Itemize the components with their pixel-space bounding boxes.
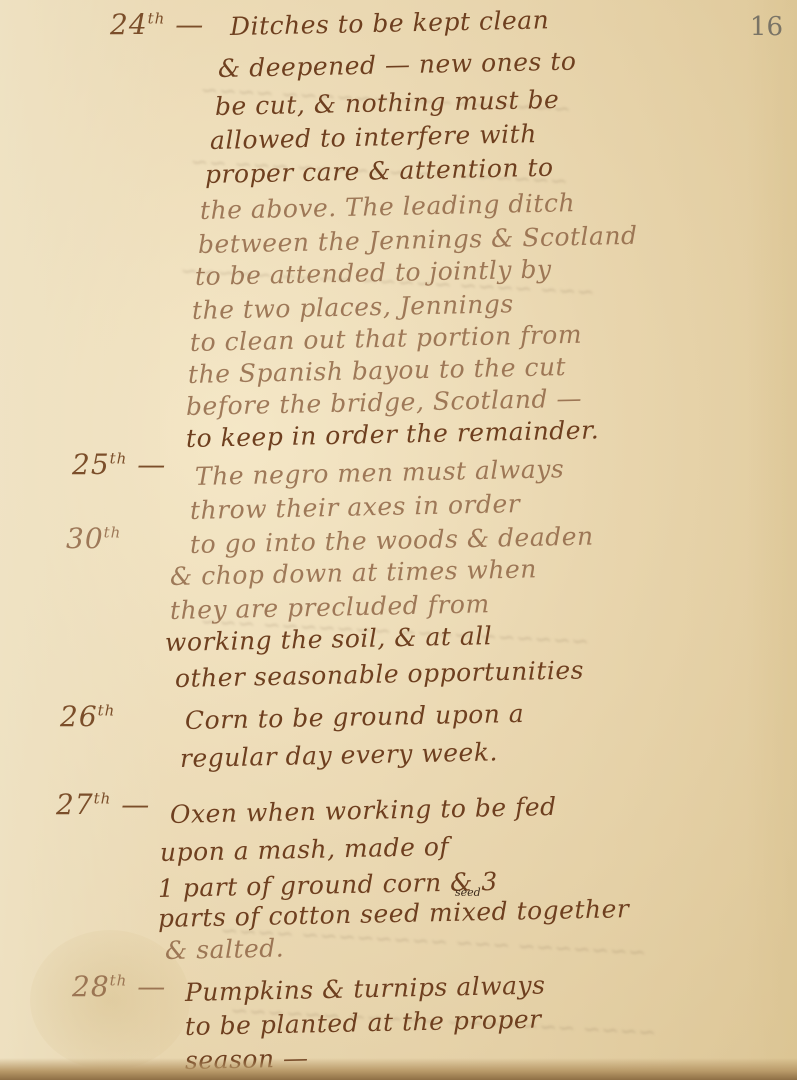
entry-date: 30th bbox=[66, 522, 121, 555]
entry-date: 28th — bbox=[72, 970, 166, 1003]
entry-date: 24th — bbox=[110, 8, 204, 41]
entry-line: other seasonable opportunities bbox=[175, 655, 585, 693]
entry-line: The negro men must always bbox=[195, 454, 565, 491]
entry-line: throw their axes in order bbox=[190, 489, 521, 525]
paper-edge bbox=[747, 0, 797, 1080]
entry-line: & salted. bbox=[165, 934, 285, 965]
entry-line: between the Jennings & Scotland bbox=[198, 221, 638, 259]
entry-line: they are precluded from bbox=[170, 589, 490, 625]
manuscript-page: ~~~~ ~~~~~ ~~~~~~ ~~~~ ~~~~~~ ~~ ~~~~~~ … bbox=[0, 0, 797, 1080]
entry-line: Oxen when working to be fed bbox=[170, 792, 557, 829]
entry-line: before the bridge, Scotland — bbox=[186, 384, 583, 421]
entry-date: 25th — bbox=[72, 448, 166, 481]
page-number: 16 bbox=[750, 12, 783, 42]
entry-line: regular day every week. bbox=[180, 737, 498, 773]
page-bottom-edge bbox=[0, 1058, 797, 1080]
entry-line: the Spanish bayou to the cut bbox=[188, 352, 567, 389]
entry-date: 27th — bbox=[56, 788, 150, 821]
entry-line: & chop down at times when bbox=[170, 554, 537, 591]
entry-line: working the soil, & at all bbox=[165, 621, 493, 657]
entry-line: & deepened — new ones to bbox=[218, 46, 577, 83]
entry-line: Corn to be ground upon a bbox=[185, 699, 525, 735]
entry-date: 26th bbox=[60, 700, 115, 733]
entry-line: allowed to interfere with bbox=[210, 119, 537, 155]
entry-line: upon a mash, made of bbox=[160, 832, 450, 867]
entry-line: to keep in order the remainder. bbox=[186, 415, 600, 453]
entry-line: Ditches to be kept clean bbox=[230, 5, 550, 41]
entry-line: Pumpkins & turnips always bbox=[185, 970, 546, 1007]
entry-line: the two places, Jennings bbox=[192, 289, 514, 325]
entry-line: to clean out that portion from bbox=[190, 320, 583, 357]
entry-line: the above. The leading ditch bbox=[200, 188, 576, 225]
